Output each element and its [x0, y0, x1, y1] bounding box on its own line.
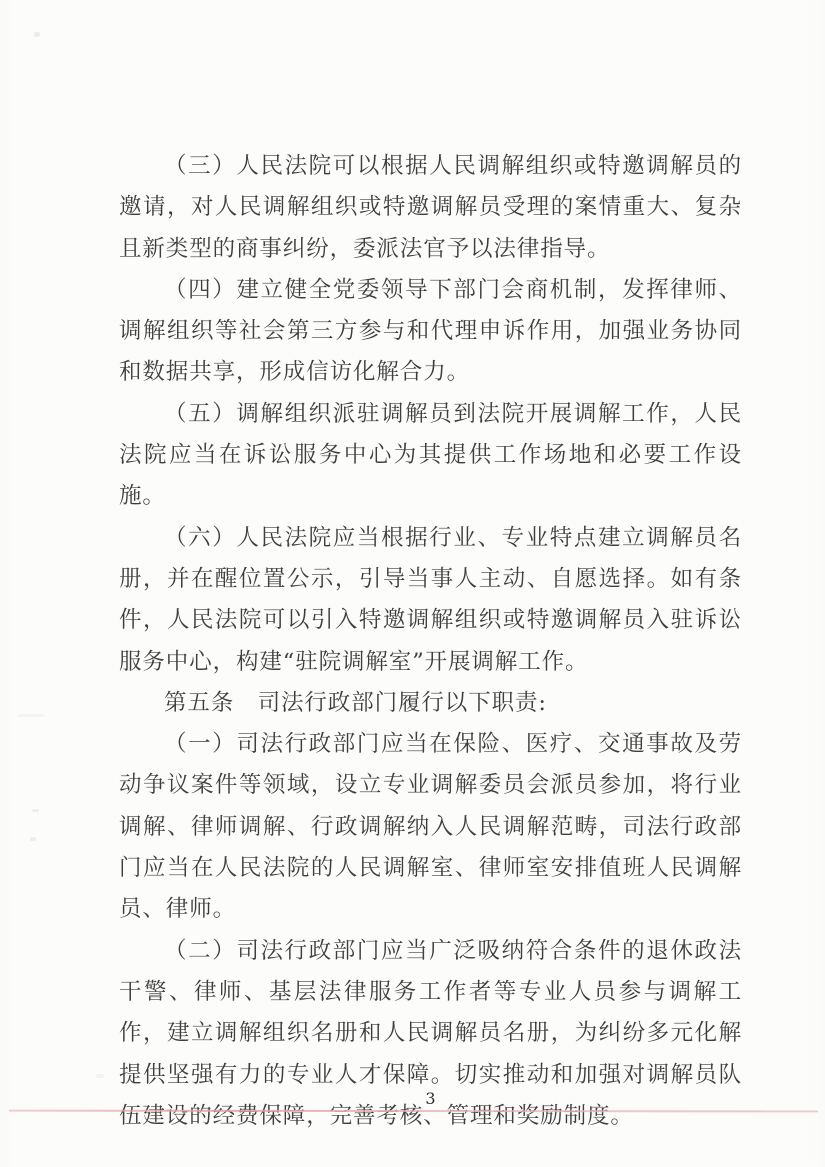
- clause-3-paragraph: （三）人民法院可以根据人民调解组织或特邀调解员的邀请，对人民调解组织或特邀调解员…: [119, 146, 742, 270]
- scan-artifact: [96, 1074, 104, 1078]
- article5-clause-1-paragraph: （一）司法行政部门应当在保险、医疗、交通事故及劳动争议案件等领域，设立专业调解委…: [119, 724, 742, 930]
- clause-4-paragraph: （四）建立健全党委领导下部门会商机制，发挥律师、调解组织等社会第三方参与和代理申…: [119, 270, 742, 394]
- document-page: （三）人民法院可以根据人民调解组织或特邀调解员的邀请，对人民调解组织或特邀调解员…: [0, 0, 825, 1167]
- scan-artifact: [18, 714, 44, 717]
- scan-artifact: [32, 809, 39, 812]
- clause-6-paragraph: （六）人民法院应当根据行业、专业特点建立调解员名册，并在醒位置公示，引导当事人主…: [119, 518, 742, 683]
- scan-artifact: [30, 837, 36, 841]
- page-number: 3: [18, 1089, 825, 1108]
- clause-5-paragraph: （五）调解组织派驻调解员到法院开展调解工作，人民法院应当在诉讼服务中心为其提供工…: [119, 394, 742, 518]
- document-body: （三）人民法院可以根据人民调解组织或特邀调解员的邀请，对人民调解组织或特邀调解员…: [119, 146, 742, 1137]
- article-5-heading: 第五条 司法行政部门履行以下职责:: [119, 683, 742, 724]
- scan-artifact: [34, 32, 40, 37]
